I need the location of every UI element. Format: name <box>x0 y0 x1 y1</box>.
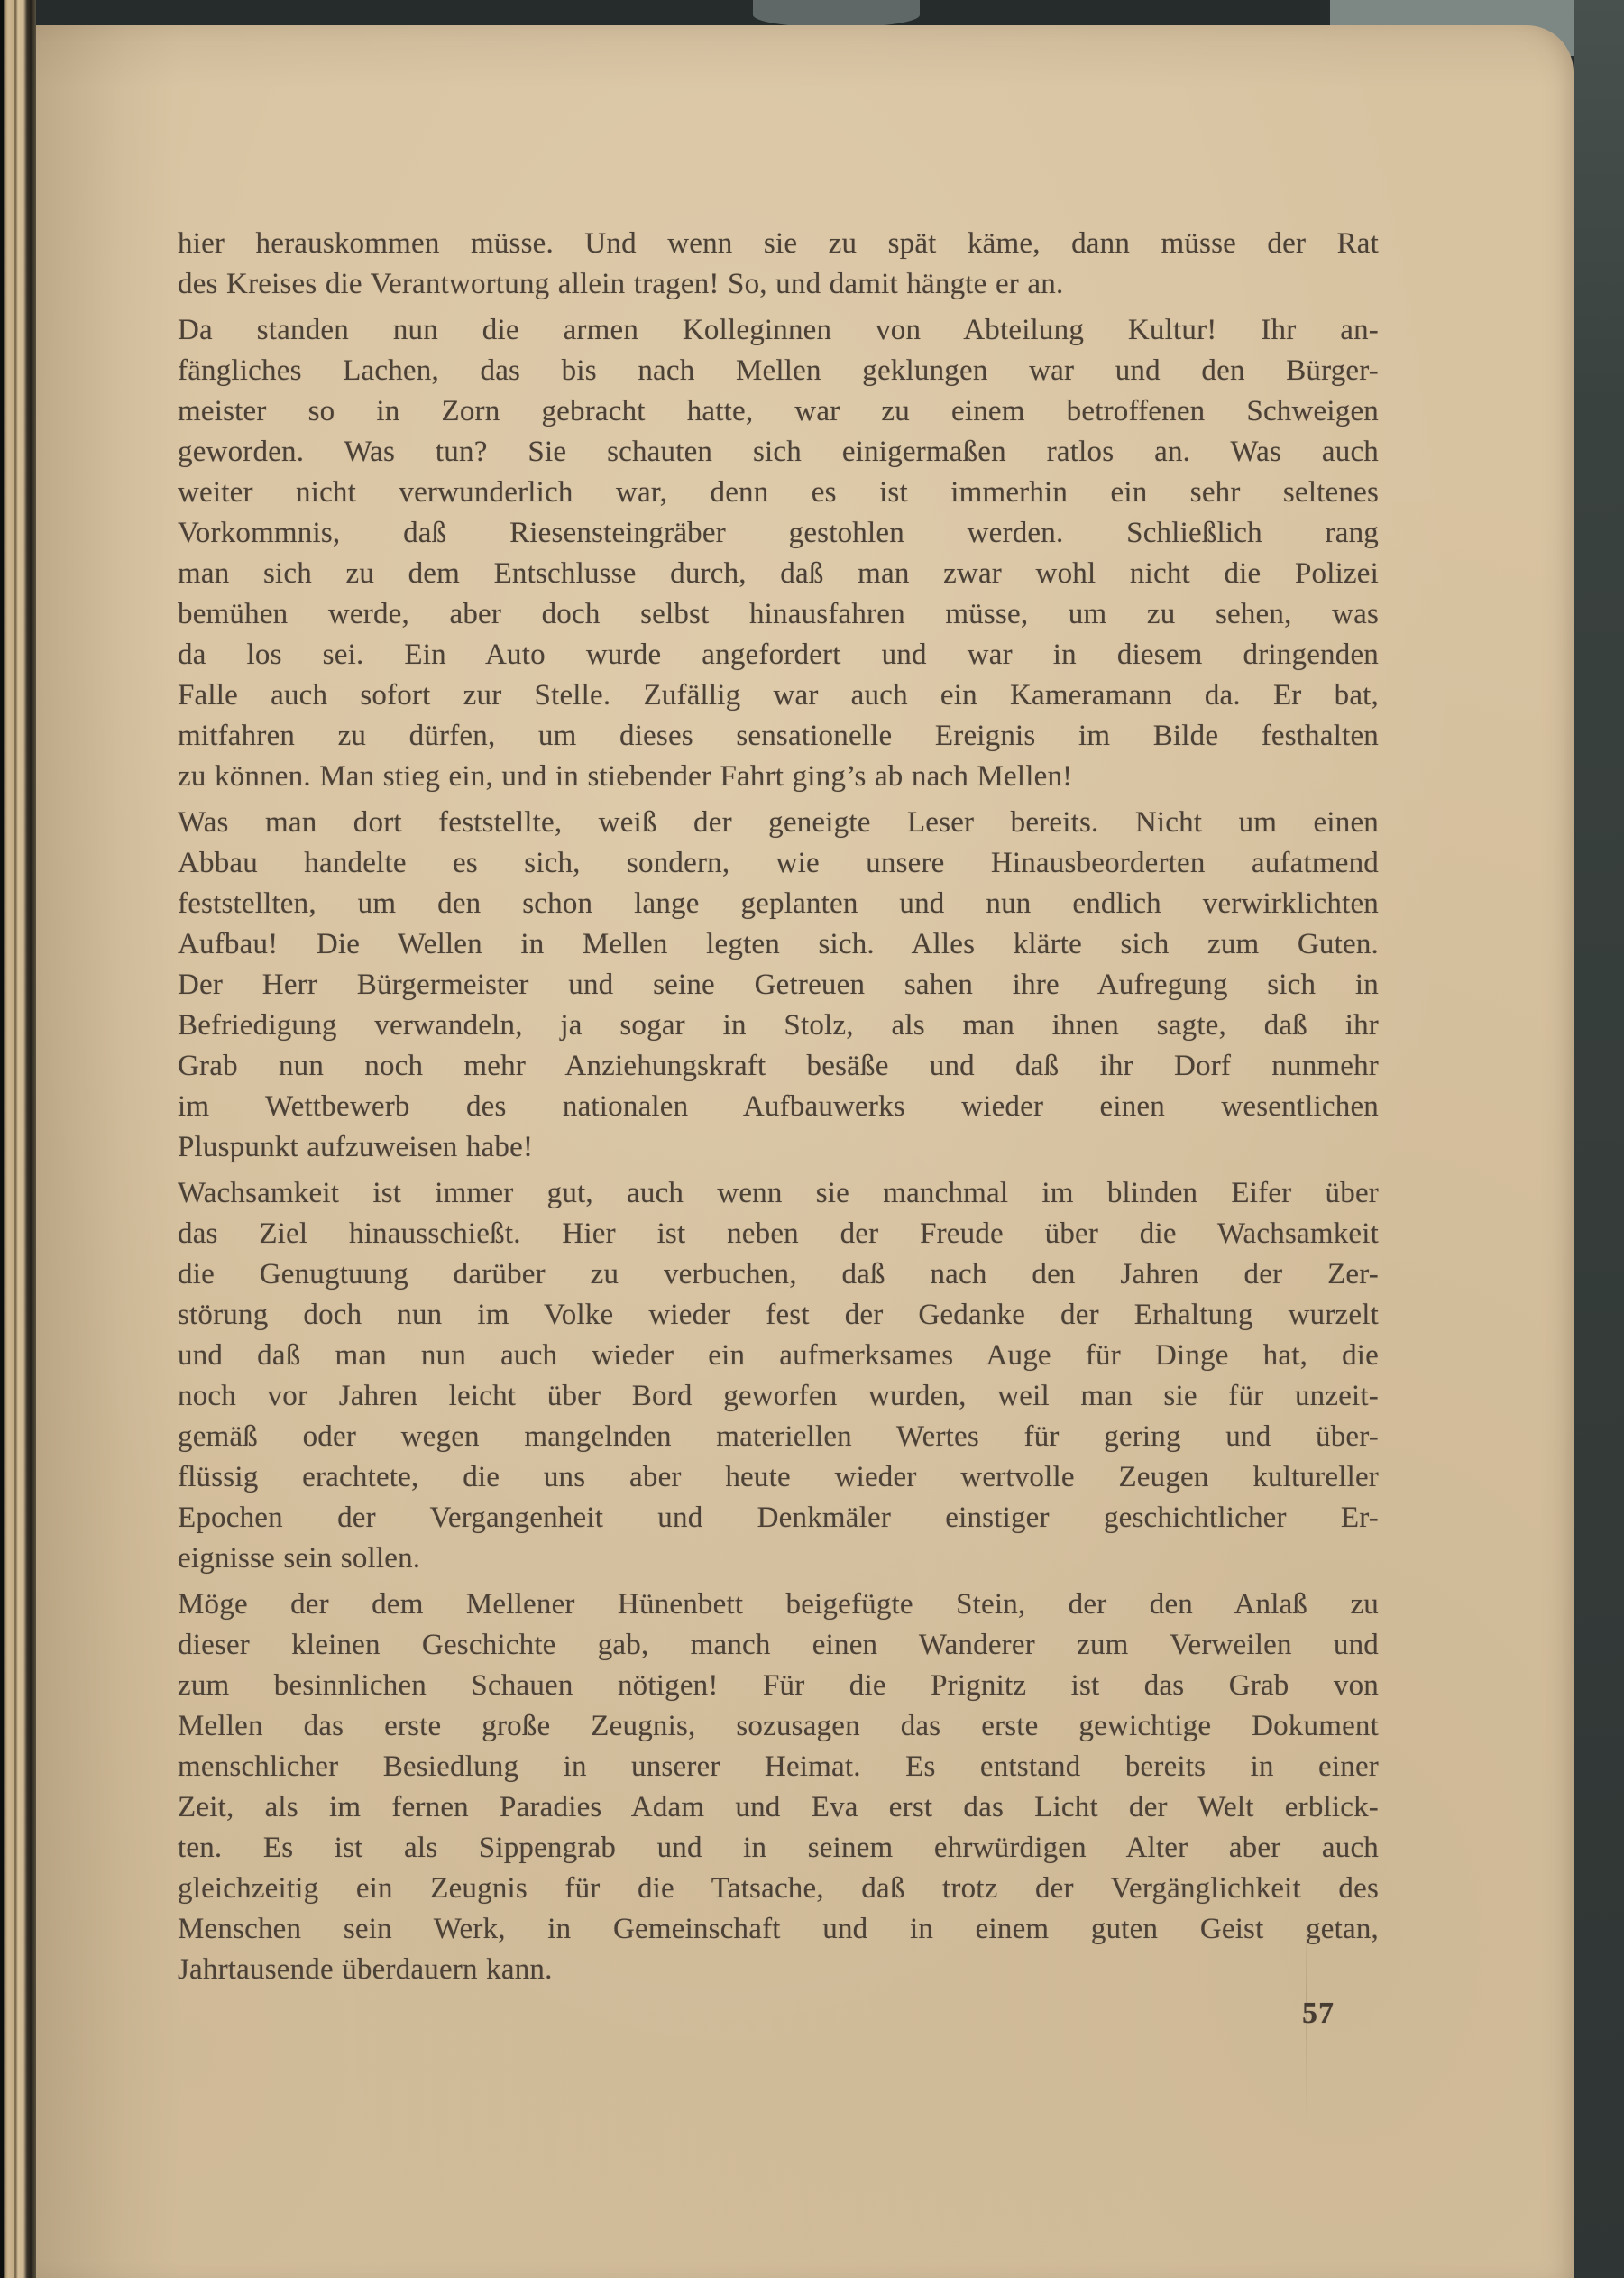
page-text-block: hier herauskommen müsse. Und wenn sie zu… <box>178 224 1379 1990</box>
text-line: Vorkommnis, daß Riesensteingräber gestoh… <box>178 513 1379 554</box>
text-line: eignisse sein sollen. <box>178 1539 1379 1579</box>
text-line: man sich zu dem Entschlusse durch, daß m… <box>178 554 1379 594</box>
book-page-edges <box>0 0 36 2278</box>
text-line: noch vor Jahren leicht über Bord geworfe… <box>178 1376 1379 1417</box>
text-line: Befriedigung verwandeln, ja sogar in Sto… <box>178 1006 1379 1046</box>
text-line: im Wettbewerb des nationalen Aufbauwerks… <box>178 1087 1379 1127</box>
text-line: geworden. Was tun? Sie schauten sich ein… <box>178 432 1379 473</box>
text-line: hier herauskommen müsse. Und wenn sie zu… <box>178 224 1379 264</box>
text-line: Epochen der Vergangenheit und Denkmäler … <box>178 1498 1379 1539</box>
page-number: 57 <box>1235 1993 1335 2034</box>
text-line: Zeit, als im fernen Paradies Adam und Ev… <box>178 1787 1379 1828</box>
text-line: gemäß oder wegen mangelnden materiellen … <box>178 1417 1379 1457</box>
paragraph: Was man dort feststellte, weiß der genei… <box>178 803 1379 1168</box>
text-line: feststellten, um den schon lange geplant… <box>178 884 1379 924</box>
text-line: zum besinnlichen Schauen nötigen! Für di… <box>178 1666 1379 1706</box>
text-line: Pluspunkt aufzuweisen habe! <box>178 1127 1379 1168</box>
text-line: weiter nicht verwunderlich war, denn es … <box>178 473 1379 513</box>
text-line: meister so in Zorn gebracht hatte, war z… <box>178 391 1379 432</box>
text-line: da los sei. Ein Auto wurde angefordert u… <box>178 635 1379 675</box>
text-line: das Ziel hinausschießt. Hier ist neben d… <box>178 1214 1379 1254</box>
text-line: bemühen werde, aber doch selbst hinausfa… <box>178 594 1379 635</box>
scan-background-right <box>1574 0 1624 2278</box>
text-line: und daß man nun auch wieder ein aufmerks… <box>178 1336 1379 1376</box>
text-line: Falle auch sofort zur Stelle. Zufällig w… <box>178 675 1379 716</box>
text-line: Möge der dem Mellener Hünenbett beigefüg… <box>178 1584 1379 1625</box>
paragraph: Wachsamkeit ist immer gut, auch wenn sie… <box>178 1173 1379 1579</box>
paragraph: Möge der dem Mellener Hünenbett beigefüg… <box>178 1584 1379 1990</box>
text-line: zu können. Man stieg ein, und in stieben… <box>178 757 1379 797</box>
text-line: dieser kleinen Geschichte gab, manch ein… <box>178 1625 1379 1666</box>
scan-clamp-bump <box>753 0 920 27</box>
text-line: des Kreises die Verantwortung allein tra… <box>178 264 1379 305</box>
text-line: Wachsamkeit ist immer gut, auch wenn sie… <box>178 1173 1379 1214</box>
paragraph: Da standen nun die armen Kolleginnen von… <box>178 310 1379 797</box>
text-line: Da standen nun die armen Kolleginnen von… <box>178 310 1379 351</box>
text-line: Grab nun noch mehr Anziehungskraft besäß… <box>178 1046 1379 1087</box>
scanned-page-photo: hier herauskommen müsse. Und wenn sie zu… <box>0 0 1624 2278</box>
text-line: Jahrtausende überdauern kann. <box>178 1950 1379 1990</box>
paragraph: hier herauskommen müsse. Und wenn sie zu… <box>178 224 1379 305</box>
text-line: menschlicher Besiedlung in unserer Heima… <box>178 1747 1379 1787</box>
text-line: Der Herr Bürgermeister und seine Getreue… <box>178 965 1379 1006</box>
text-line: Was man dort feststellte, weiß der genei… <box>178 803 1379 843</box>
text-line: fängliches Lachen, das bis nach Mellen g… <box>178 351 1379 391</box>
text-line: Abbau handelte es sich, sondern, wie uns… <box>178 843 1379 884</box>
text-line: mitfahren zu dürfen, um dieses sensation… <box>178 716 1379 757</box>
book-page: hier herauskommen müsse. Und wenn sie zu… <box>36 25 1574 2278</box>
text-line: ten. Es ist als Sippengrab und in seinem… <box>178 1828 1379 1869</box>
text-line: die Genugtuung darüber zu verbuchen, daß… <box>178 1254 1379 1295</box>
text-line: flüssig erachtete, die uns aber heute wi… <box>178 1457 1379 1498</box>
text-line: gleichzeitig ein Zeugnis für die Tatsach… <box>178 1869 1379 1909</box>
text-line: störung doch nun im Volke wieder fest de… <box>178 1295 1379 1336</box>
text-line: Menschen sein Werk, in Gemeinschaft und … <box>178 1909 1379 1950</box>
text-line: Mellen das erste große Zeugnis, sozusage… <box>178 1706 1379 1747</box>
text-line: Aufbau! Die Wellen in Mellen legten sich… <box>178 924 1379 965</box>
